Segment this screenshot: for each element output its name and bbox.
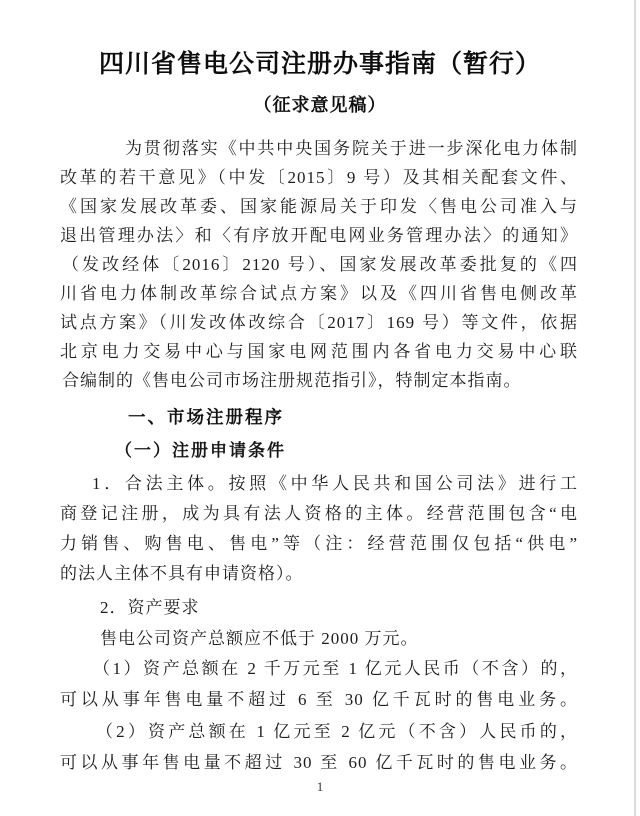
section-heading: （一）注册申请条件 (60, 439, 578, 463)
document-subtitle: （征求意见稿） (0, 91, 640, 117)
document-page: 四川省售电公司注册办事指南（暂行） （征求意见稿） 为贯彻落实《中共中央国务院关… (0, 0, 640, 816)
scan-edge-line (634, 0, 636, 816)
text-line: 可以从事年售电量不超过 6 至 30 亿千瓦时的售电业务。 (60, 688, 578, 712)
document-title: 四川省售电公司注册办事指南（暂行） (0, 44, 640, 80)
page-number: 1 (0, 779, 640, 795)
text-line: 2．资产要求 (60, 596, 578, 620)
section-heading: 一、市场注册程序 (60, 405, 578, 429)
text-line: 北京电力交易中心与国家电网范围内各省电力交易中心联 (60, 340, 578, 364)
text-line: 退出管理办法〉和〈有序放开配电网业务管理办法〉的通知》 (60, 224, 578, 248)
text-line: 为贯彻落实《中共中央国务院关于进一步深化电力体制 (60, 137, 578, 161)
text-line: （发改经体〔2016〕2120 号）、国家发展改革委批复的《四 (60, 253, 578, 277)
text-line: （1）资产总额在 2 千万元至 1 亿元人民币（不含）的， (60, 657, 578, 681)
text-line: 试点方案》（川发改体改综合〔2017〕169 号）等文件，依据 (60, 311, 578, 335)
text-line: 《国家发展改革委、国家能源局关于印发〈售电公司准入与 (60, 195, 578, 219)
text-line: 力销售、购售电、售电”等（注：经营范围仅包括“供电” (60, 532, 578, 556)
text-line: 1．合法主体。按照《中华人民共和国公司法》进行工 (60, 472, 578, 496)
text-line: 合编制的《售电公司市场注册规范指引》，特制定本指南。 (60, 369, 578, 393)
text-line: 售电公司资产总额应不低于 2000 万元。 (60, 627, 578, 651)
text-line: （2）资产总额在 1 亿元至 2 亿元（不含）人民币的， (60, 720, 578, 744)
text-line: 的法人主体不具有申请资格）。 (60, 562, 578, 586)
text-line: 川省电力体制改革综合试点方案》以及《四川省售电侧改革 (60, 282, 578, 306)
text-line: 改革的若干意见》（中发〔2015〕9 号）及其相关配套文件、 (60, 166, 578, 190)
text-line: 可以从事年售电量不超过 30 至 60 亿千瓦时的售电业务。 (60, 751, 578, 775)
text-line: 商登记注册，成为具有法人资格的主体。经营范围包含“电 (60, 502, 578, 526)
